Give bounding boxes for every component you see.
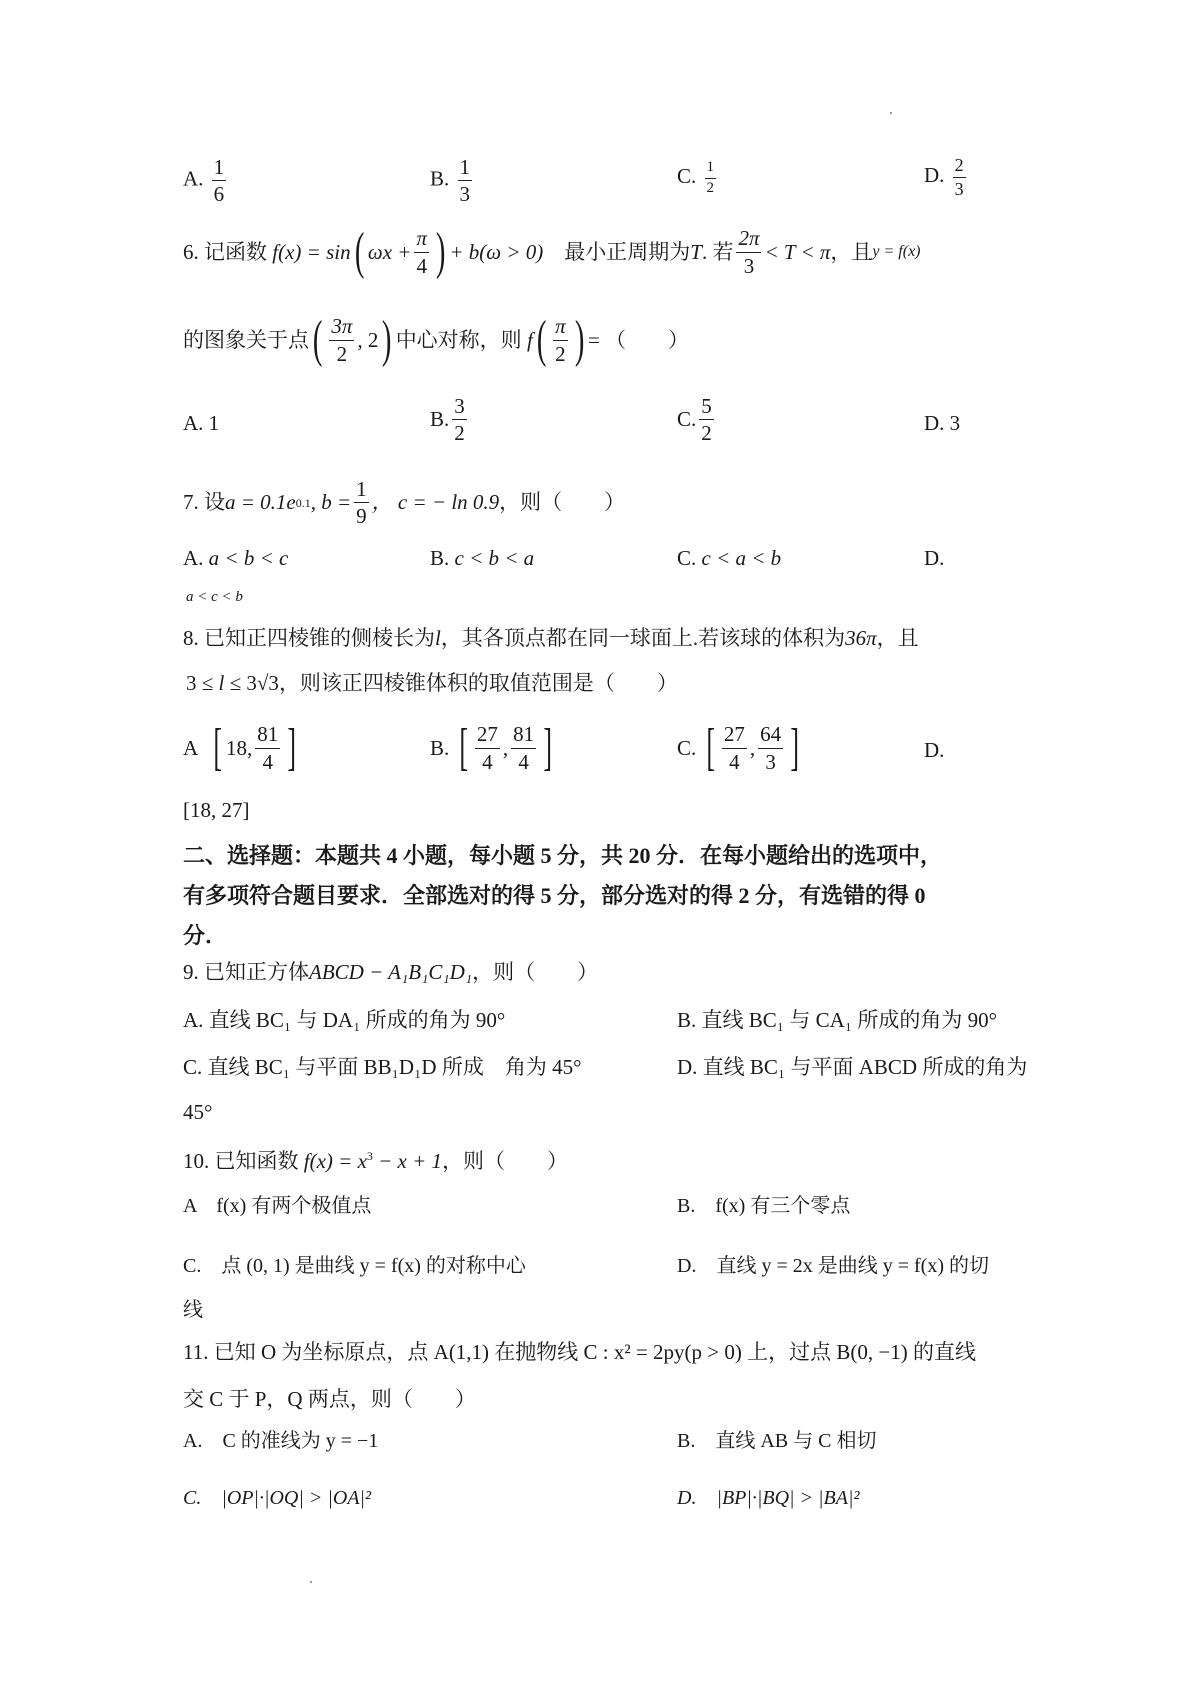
q7-option-d-text[interactable]: a < c < b [186,590,243,605]
scan-artifact-dot [310,1581,312,1583]
question-number: 9. [183,960,199,984]
fraction: 2π3 [736,227,761,276]
fraction: 19 [354,478,369,527]
q9-option-d-wrap: 45° [183,1102,212,1123]
scan-artifact-dot [890,112,892,114]
q7-option-b[interactable]: B. c < b < a [430,548,534,569]
q9-stem: 9. 已知正方体ABCD − A₁B₁C₁D₁，则（ ） [183,962,598,983]
q10-option-b[interactable]: B. f(x) 有三个零点 [677,1196,850,1216]
q6-stem-line1: 6. 记函数 f(x) = sin ( ωx + π4 ) + b(ω > 0)… [183,226,921,278]
q8-stem-line2: 3 ≤ l ≤ 3√3，则该正四棱锥体积的取值范围是（ ） [186,673,678,694]
fraction: 274 [475,723,500,772]
q9-option-b[interactable]: B. 直线 BC₁ 与 CA₁ 所成的角为 90° [677,1010,997,1031]
question-number: 8. [183,626,199,650]
fraction: 32 [452,395,467,444]
q10-option-c[interactable]: C. 点 (0, 1) 是曲线 y = f(x) 的对称中心 [183,1256,526,1276]
option-label: B. [430,409,449,430]
q6-option-c[interactable]: C. 52 [677,395,717,444]
fraction: 274 [722,723,747,772]
q7-option-a[interactable]: A. a < b < c [183,548,288,569]
q11-option-b[interactable]: B. 直线 AB 与 C 相切 [677,1431,876,1451]
q6-option-d[interactable]: D. 3 [924,413,960,434]
section-heading-line3: 分． [183,925,227,947]
fraction: 814 [255,723,280,772]
q8-option-b[interactable]: B. [ 274, 814 ] [430,722,556,774]
q5-option-a[interactable]: A. 16 [183,156,229,205]
question-number: 6. [183,242,199,263]
q5-option-b[interactable]: B. 13 [430,156,475,205]
q8-stem-line1: 8. 已知正四棱锥的侧棱长为l，其各顶点都在同一球面上.若该球的体积为36π，且 [183,628,919,649]
q5-option-d[interactable]: D. 23 [924,156,969,199]
option-label: A. [183,166,203,190]
q9-option-d[interactable]: D. 直线 BC₁ 与平面 ABCD 所成的角为 [677,1057,1027,1078]
function-expr: f(x) = sin [272,242,350,263]
q6-stem-line2: 的图象关于点 ( 3π2 , 2 ) 中心对称，则 f ( π2 ) = （ ） [183,314,689,366]
q11-option-c[interactable]: C. |OP|·|OQ| > |OA|² [183,1488,371,1508]
question-number: 10. [183,1149,209,1173]
q10-stem: 10. 已知函数 f(x) = x3 − x + 1，则（ ） [183,1150,568,1172]
q8-option-a[interactable]: A [18, 814 ] [183,722,301,774]
q10-option-d[interactable]: D. 直线 y = 2x 是曲线 y = f(x) 的切 [677,1256,989,1276]
fraction: 23 [953,156,966,199]
q8-option-d[interactable]: D. [924,740,944,761]
q10-option-a[interactable]: A f(x) 有两个极值点 [183,1196,371,1216]
q7-stem: 7. 设 a = 0.1e0.1 , b = 19 ， c = − ln 0.9… [183,478,625,527]
q11-option-a[interactable]: A. C 的准线为 y = −1 [183,1431,378,1451]
q7-option-d[interactable]: D. [924,548,944,569]
q11-stem-line1: 11. 已知 O 为坐标原点，点 A(1,1) 在抛物线 C : x² = 2p… [183,1342,976,1363]
option-label: C. [677,164,696,188]
q9-option-a[interactable]: A. 直线 BC₁ 与 DA₁ 所成的角为 90° [183,1010,505,1031]
section-heading-line1: 二、选择题：本题共 4 小题，每小题 5 分，共 20 分．在每小题给出的选项中… [183,845,942,867]
q9-option-c[interactable]: C. 直线 BC₁ 与平面 BB₁D₁D 所成 角为 45° [183,1057,581,1078]
fraction: π4 [414,227,429,276]
option-label: D. [924,163,944,187]
option-label: B. [430,166,449,190]
section-heading-line2: 有多项符合题目要求．全部选对的得 5 分，部分选对的得 2 分，有选错的得 0 [183,885,926,907]
fraction: 52 [699,395,714,444]
fraction: π2 [553,315,568,364]
q5-option-c[interactable]: C. 12 [677,160,719,197]
fraction: 643 [758,723,783,772]
q8-option-d-text[interactable]: [18, 27] [183,800,250,821]
q11-option-d[interactable]: D. |BP|·|BQ| > |BA|² [677,1488,859,1508]
question-number: 7. [183,492,199,513]
q7-option-c[interactable]: C. c < a < b [677,548,781,569]
option-label: C. [677,409,696,430]
fraction: 814 [511,723,536,772]
q10-option-d-wrap: 线 [183,1300,203,1320]
fraction: 13 [458,156,473,205]
q11-stem-line2: 交 C 于 P，Q 两点，则（ ） [183,1389,476,1410]
q6-option-b[interactable]: B. 32 [430,395,470,444]
fraction: 16 [212,156,227,205]
fraction: 12 [705,160,717,197]
q8-option-c[interactable]: C. [ 274, 643 ] [677,722,803,774]
question-number: 11. [183,1340,208,1364]
fraction: 3π2 [329,315,354,364]
q6-option-a[interactable]: A. 1 [183,413,219,434]
